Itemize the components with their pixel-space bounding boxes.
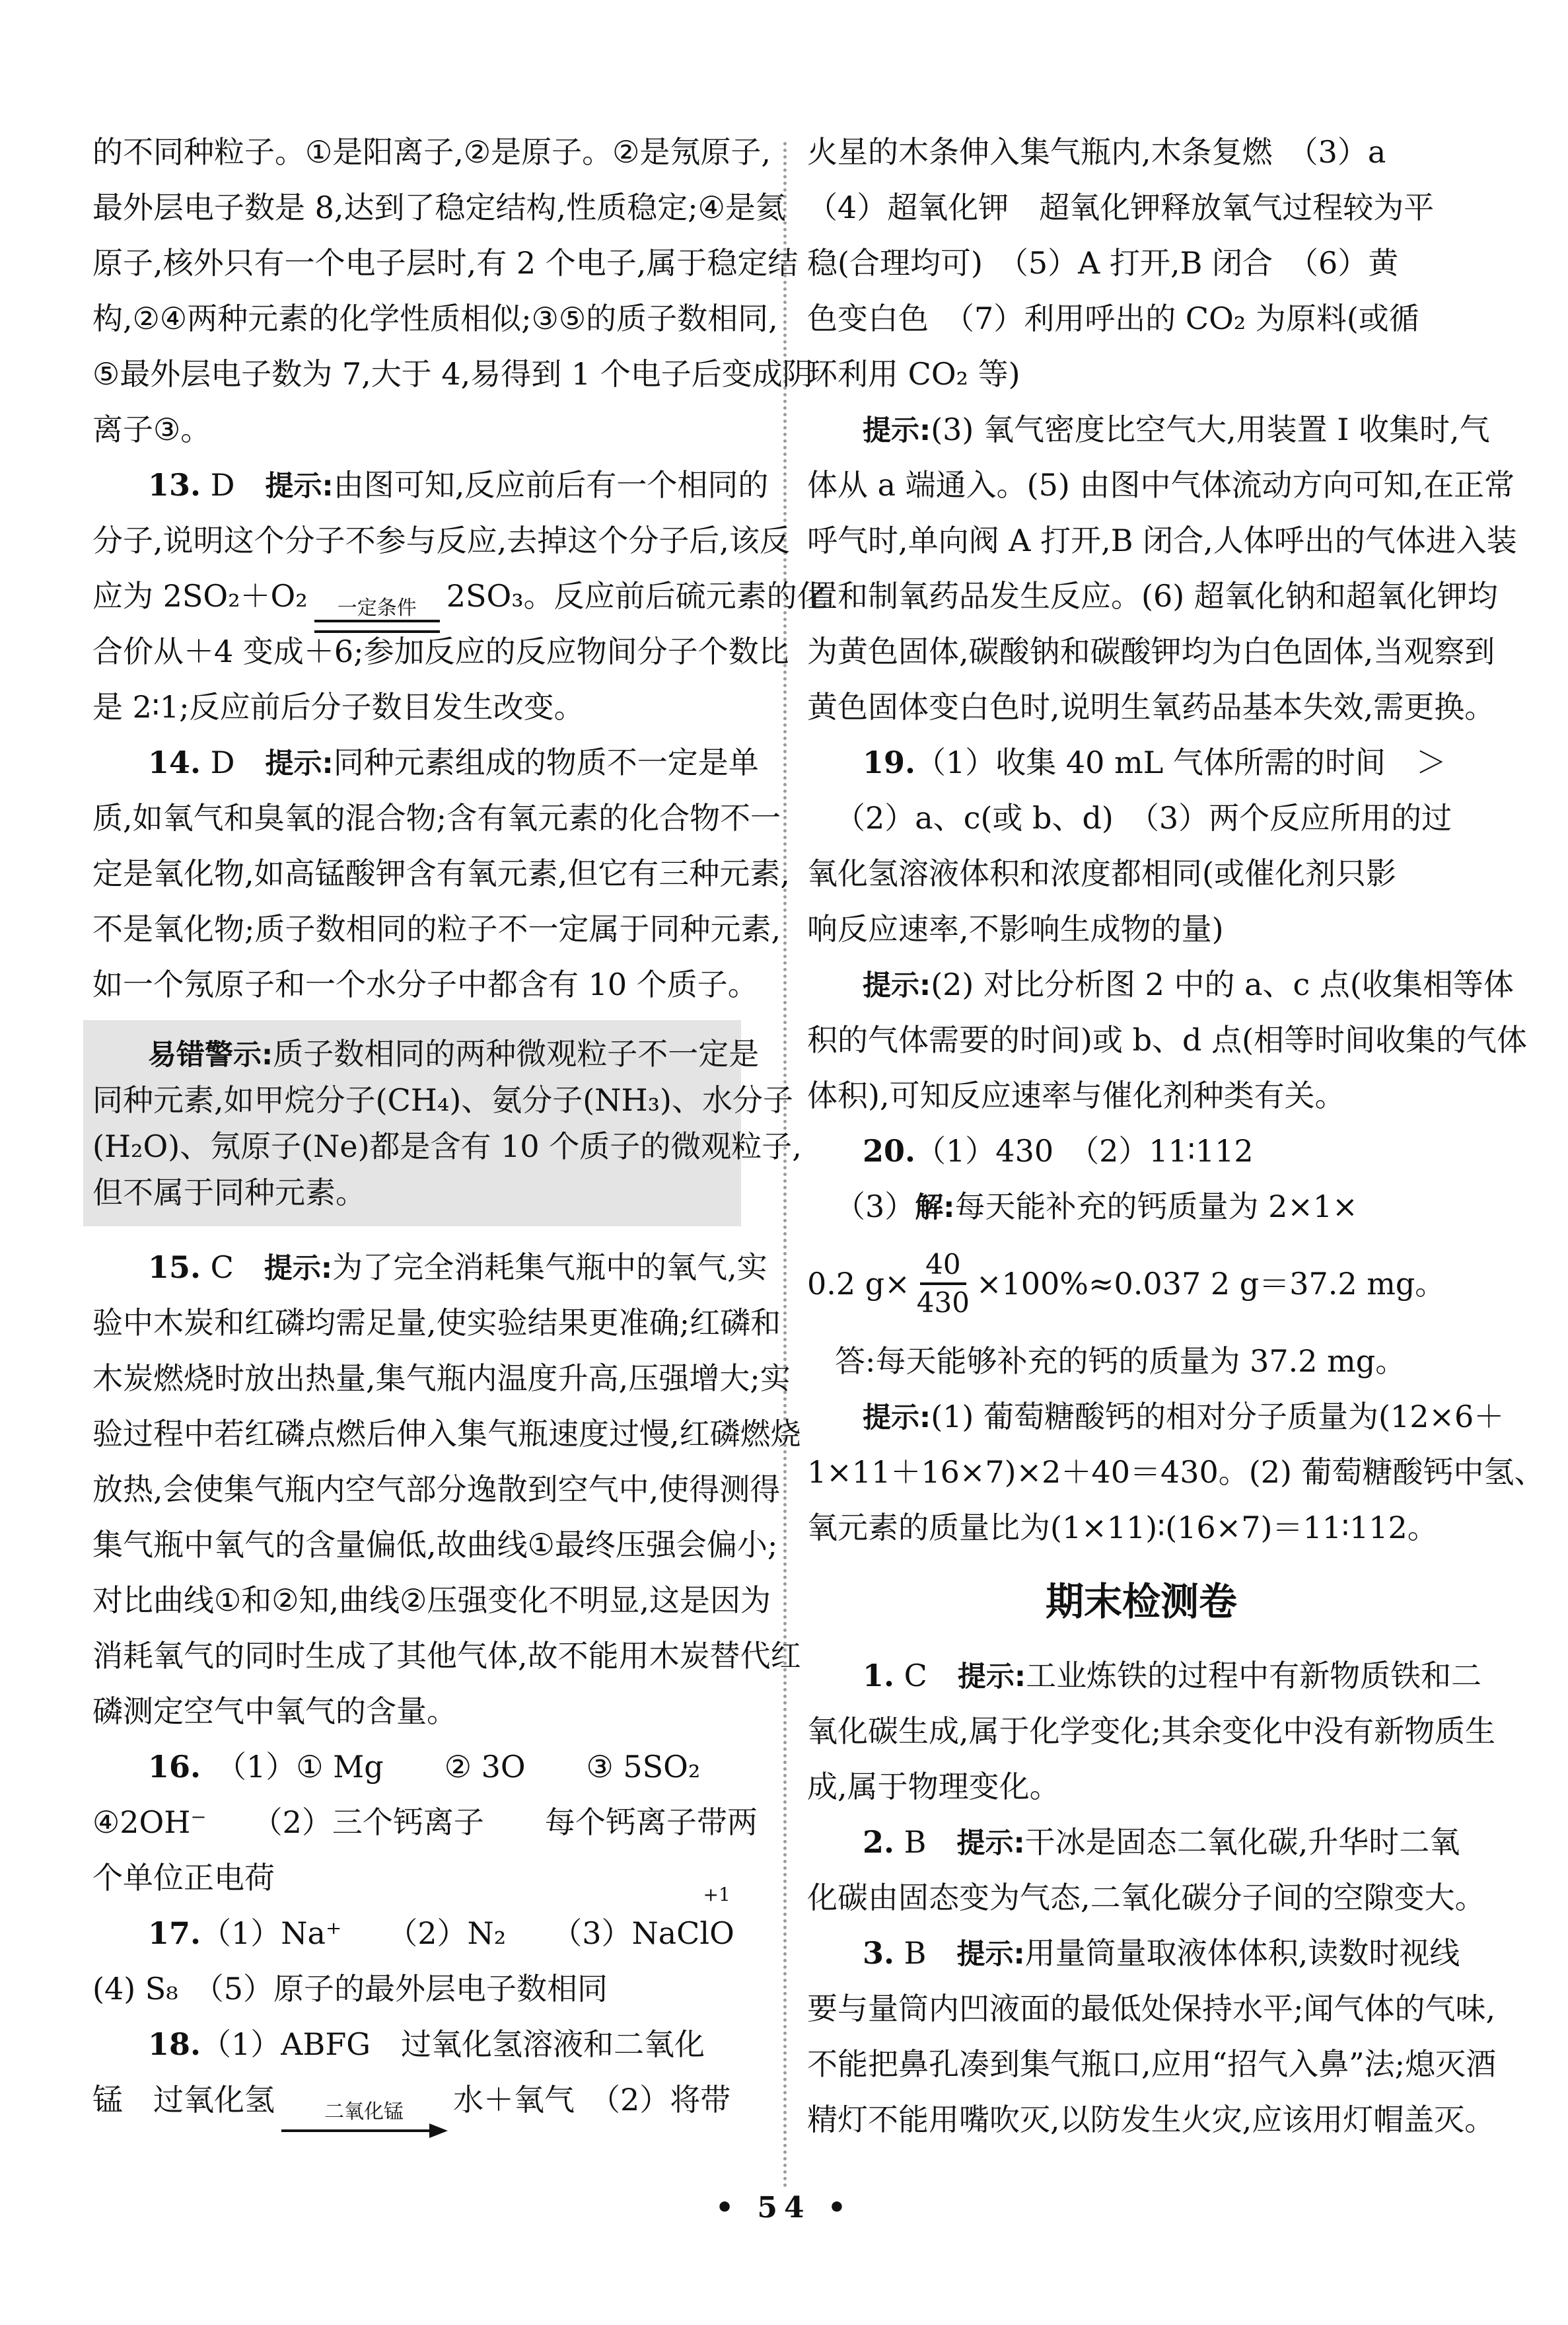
text-line: 置和制氧药品发生反应。(6) 超氧化钠和超氧化钾均	[807, 568, 1476, 624]
text-line: 的不同种粒子。①是阳离子,②是原子。②是氖原子,	[92, 124, 743, 180]
text-line: 20.（1）430 （2）11∶112	[807, 1123, 1476, 1179]
text-line: 稳(合理均可) （5）A 打开,B 闭合 （6）黄	[807, 235, 1476, 291]
text-line: 体积),可知反应速率与催化剂种类有关。	[807, 1068, 1476, 1123]
text-line: 体从 a 端通入。(5) 由图中气体流动方向可知,在正常	[807, 457, 1476, 513]
text-line: 提示:(1) 葡萄糖酸钙的相对分子质量为(12×6＋	[807, 1389, 1476, 1444]
text-line: 是 2∶1;反应前后分子数目发生改变。	[92, 679, 743, 735]
text-line: 14. D 提示:同种元素组成的物质不一定是单	[92, 735, 743, 790]
text-line: 黄色固体变白色时,说明生氧药品基本失效,需更换。	[807, 679, 1476, 735]
text-line: 19.（1）收集 40 mL 气体所需的时间 ＞	[807, 735, 1476, 790]
text-line: 不能把鼻孔凑到集气瓶口,应用“招气入鼻”法;熄灭酒	[807, 2036, 1476, 2092]
text-line: 17.（1）Na⁺ （2）N₂ （3）+1NaClO	[92, 1905, 743, 1961]
text-line: 放热,会使集气瓶内空气部分逸散到空气中,使得测得	[92, 1461, 743, 1517]
text-line: 最外层电子数是 8,达到了稳定结构,性质稳定;④是氦	[92, 180, 743, 235]
text-line: 验过程中若红磷点燃后伸入集气瓶速度过慢,红磷燃烧	[92, 1406, 743, 1461]
text-line: 但不属于同种元素。	[92, 1169, 732, 1216]
text-line: 氧化碳生成,属于化学变化;其余变化中没有新物质生	[807, 1703, 1476, 1759]
text-line: 15. C 提示:为了完全消耗集气瓶中的氧气,实	[92, 1239, 743, 1295]
right-text-block: 火星的木条伸入集气瓶内,木条复燃 （3）a（4）超氧化钾 超氧化钾释放氧气过程较…	[807, 124, 1476, 2147]
text-line: 精灯不能用嘴吹灭,以防发生火灾,应该用灯帽盖灭。	[807, 2092, 1476, 2147]
left-text-block-1: 的不同种粒子。①是阳离子,②是原子。②是氖原子,最外层电子数是 8,达到了稳定结…	[92, 124, 743, 1012]
text-line: 集气瓶中氧气的含量偏低,故曲线①最终压强会偏小;	[92, 1517, 743, 1572]
text-line: 消耗氧气的同时生成了其他气体,故不能用木炭替代红	[92, 1628, 743, 1683]
left-column: 的不同种粒子。①是阳离子,②是原子。②是氖原子,最外层电子数是 8,达到了稳定结…	[92, 124, 743, 2127]
text-line: 氧化氢溶液体积和浓度都相同(或催化剂只影	[807, 846, 1476, 901]
text-line: 为黄色固体,碳酸钠和碳酸钾均为白色固体,当观察到	[807, 624, 1476, 679]
text-line: 磷测定空气中氧气的含量。	[92, 1683, 743, 1739]
text-line: 分子,说明这个分子不参与反应,去掉这个分子后,该反	[92, 513, 743, 568]
text-line: 呼气时,单向阀 A 打开,B 闭合,人体呼出的气体进入装	[807, 513, 1476, 568]
text-line: 18.（1）ABFG 过氧化氢溶液和二氧化	[92, 2016, 743, 2072]
reaction-arrow-icon	[281, 2123, 446, 2138]
section-heading: 期末检测卷	[807, 1555, 1476, 1648]
page-number: • 54 •	[0, 2191, 1568, 2225]
text-line: 0.2 g×40430×100%≈0.037 2 g＝37.2 mg。	[807, 1234, 1476, 1333]
text-line: (4) S₈ （5）原子的最外层电子数相同	[92, 1961, 743, 2016]
text-line: 要与量筒内凹液面的最低处保持水平;闻气体的气味,	[807, 1981, 1476, 2036]
text-line: 提示:(3) 氧气密度比空气大,用装置 I 收集时,气	[807, 402, 1476, 457]
text-line: 质,如氧气和臭氧的混合物;含有氧元素的化合物不一	[92, 790, 743, 846]
text-line: 化碳由固态变为气态,二氧化碳分子间的空隙变大。	[807, 1870, 1476, 1925]
text-line: 1×11＋16×7)×2＋40＝430。(2) 葡萄糖酸钙中氢、	[807, 1444, 1476, 1500]
text-line: 3. B 提示:用量筒量取液体体积,读数时视线	[807, 1925, 1476, 1981]
text-line: 锰 过氧化氢二氧化锰水＋氧气 （2）将带	[92, 2072, 743, 2127]
text-line: 1. C 提示:工业炼铁的过程中有新物质铁和二	[807, 1648, 1476, 1703]
text-line: 个单位正电荷	[92, 1850, 743, 1905]
text-line: 构,②④两种元素的化学性质相似;③⑤的质子数相同,	[92, 291, 743, 346]
text-line: 如一个氖原子和一个水分子中都含有 10 个质子。	[92, 957, 743, 1012]
text-line: (H₂O)、氖原子(Ne)都是含有 10 个质子的微观粒子,	[92, 1123, 732, 1169]
valence-annotated-formula: +1NaClO	[631, 1905, 734, 1961]
column-divider	[783, 142, 787, 2189]
text-line: （2）a、c(或 b、d) （3）两个反应所用的过	[807, 790, 1476, 846]
left-text-block-2: 15. C 提示:为了完全消耗集气瓶中的氧气,实验中木炭和红磷均需足量,使实验结…	[92, 1239, 743, 2127]
text-line: 木炭燃烧时放出热量,集气瓶内温度升高,压强增大;实	[92, 1350, 743, 1406]
text-line: ④2OH⁻ （2）三个钙离子 每个钙离子带两	[92, 1794, 743, 1850]
error-warning-box: 易错警示:质子数相同的两种微观粒子不一定是同种元素,如甲烷分子(CH₄)、氨分子…	[83, 1020, 741, 1226]
text-line: 答:每天能够补充的钙的质量为 37.2 mg。	[807, 1333, 1476, 1389]
text-line: 提示:(2) 对比分析图 2 中的 a、c 点(收集相等体	[807, 957, 1476, 1012]
text-line: 合价从＋4 变成＋6;参加反应的反应物间分子个数比	[92, 624, 743, 679]
text-line: 13. D 提示:由图可知,反应前后有一个相同的	[92, 457, 743, 513]
text-line: 积的气体需要的时间)或 b、d 点(相等时间收集的气体	[807, 1012, 1476, 1068]
text-line: 火星的木条伸入集气瓶内,木条复燃 （3）a	[807, 124, 1476, 180]
text-line: 对比曲线①和②知,曲线②压强变化不明显,这是因为	[92, 1572, 743, 1628]
answer-key-page: 的不同种粒子。①是阳离子,②是原子。②是氖原子,最外层电子数是 8,达到了稳定结…	[0, 0, 1568, 2325]
text-line: 易错警示:质子数相同的两种微观粒子不一定是	[92, 1031, 732, 1077]
text-line: 应为 2SO₂＋O₂一定条件2SO₃。反应前后硫元素的化	[92, 568, 743, 624]
text-line: 离子③。	[92, 402, 743, 457]
fraction: 40430	[917, 1247, 970, 1321]
text-line: 原子,核外只有一个电子层时,有 2 个电子,属于稳定结	[92, 235, 743, 291]
text-line: ⑤最外层电子数为 7,大于 4,易得到 1 个电子后变成阴	[92, 346, 743, 402]
text-line: 同种元素,如甲烷分子(CH₄)、氨分子(NH₃)、水分子	[92, 1077, 732, 1123]
text-line: 色变白色 （7）利用呼出的 CO₂ 为原料(或循	[807, 291, 1476, 346]
text-line: 16. （1）① Mg ② 3O ③ 5SO₂	[92, 1739, 743, 1794]
right-column: 火星的木条伸入集气瓶内,木条复燃 （3）a（4）超氧化钾 超氧化钾释放氧气过程较…	[807, 124, 1476, 2147]
text-line: 氧元素的质量比为(1×11)∶(16×7)＝11∶112。	[807, 1500, 1476, 1555]
text-line: 定是氧化物,如高锰酸钾含有氧元素,但它有三种元素,	[92, 846, 743, 901]
text-line: 2. B 提示:干冰是固态二氧化碳,升华时二氧	[807, 1814, 1476, 1870]
text-line: （4）超氧化钾 超氧化钾释放氧气过程较为平	[807, 180, 1476, 235]
text-line: 响反应速率,不影响生成物的量)	[807, 901, 1476, 957]
text-line: 验中木炭和红磷均需足量,使实验结果更准确;红磷和	[92, 1295, 743, 1350]
text-line: （3）解:每天能补充的钙质量为 2×1×	[807, 1179, 1476, 1234]
reaction-condition-label: 二氧化锰	[281, 2101, 446, 2138]
text-line: 不是氧化物;质子数相同的粒子不一定属于同种元素,	[92, 901, 743, 957]
text-line: 环利用 CO₂ 等)	[807, 346, 1476, 402]
text-line: 成,属于物理变化。	[807, 1759, 1476, 1814]
